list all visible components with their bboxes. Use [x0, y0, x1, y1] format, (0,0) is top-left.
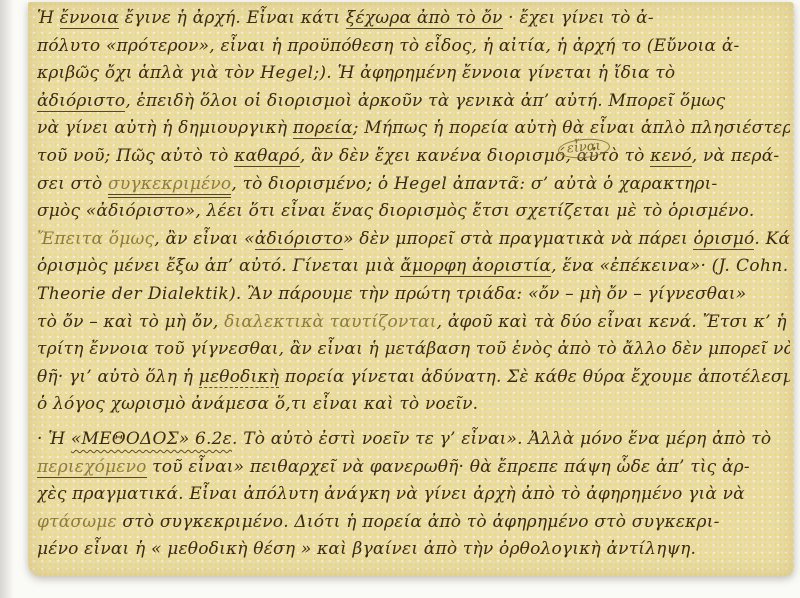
- handwritten-line: · Ἡ «ΜΕΘΟΔΟΣ» 6.2ε. Τὸ αὐτὸ ἐστὶ νοεῖν τ…: [37, 426, 790, 454]
- handwritten-line: χὲς πραγματικά. Εἶναι ἀπόλυτη ἀνάγκη νὰ …: [37, 481, 790, 509]
- text-segment: ἀδιόριστο: [255, 229, 343, 250]
- text-segment: «ΜΕΘΟΔΟΣ» 6.2ε: [71, 429, 232, 449]
- circled-annotation-text: εἶναι: [566, 139, 601, 157]
- index-card: Ἡ ἔννοια ἔγινε ἡ ἀρχή. Εἶναι κάτι ξέχωρα…: [28, 2, 794, 576]
- handwritten-line: Ἔπειτα ὅμως, ἂν εἶναι «ἀδιόριστο» δὲν μπ…: [37, 226, 790, 254]
- text-segment: καθαρό: [234, 146, 300, 167]
- text-segment: , ἀφοῦ καὶ τὰ δύο εἶναι κενά. Ἔτσι κ’ ἡ: [437, 312, 787, 332]
- text-segment: ἔννοια: [60, 8, 119, 29]
- handwritten-line: σει στὸ συγκεκριμένο, τὸ διορισμένο; ὁ H…: [37, 171, 790, 199]
- text-segment: κριβῶς ὄχι ἁπλὰ γιὰ τὸν: [37, 63, 260, 83]
- text-segment: φτάσωμε: [37, 512, 117, 532]
- text-segment: περιεχόμενο: [37, 457, 147, 478]
- text-segment: , τὸ διορισμένο; ὁ: [231, 174, 394, 194]
- note-lines: Ἡ ἔννοια ἔγινε ἡ ἀρχή. Εἶναι κάτι ξέχωρα…: [37, 5, 790, 564]
- text-segment: πόλυτο «πρότερον», εἶναι ἡ προϋπόθεση τὸ…: [37, 36, 739, 56]
- text-segment: χὲς πραγματικά. Εἶναι ἀπόλυτη ἀνάγκη νὰ …: [37, 484, 745, 504]
- handwritten-line: τρίτη ἔννοια τοῦ γίγνεσθαι, ἂν εἶναι ἡ μ…: [37, 336, 790, 364]
- scan-edge: [0, 0, 14, 598]
- handwritten-line: σμὸς «ἀδιόριστο», λέει ὅτι εἶναι ἕνας δι…: [37, 198, 790, 226]
- text-segment: σμὸς «ἀδιόριστο», λέει ὅτι εἶναι ἕνας δι…: [37, 201, 755, 221]
- text-segment: τοῦ νοῦ; Πῶς αὐτὸ τὸ: [37, 146, 234, 166]
- text-segment: ἄμορφη ἀοριστία: [400, 256, 551, 277]
- handwritten-line: νὰ γίνει αὐτὴ ἡ δημιουργικὴ πορεία; Μήπω…: [37, 115, 790, 143]
- text-segment: τρίτη ἔννοια τοῦ γίγνεσθαι, ἂν εἶναι ἡ μ…: [37, 339, 790, 359]
- text-segment: τοῦ εἶναι» πειθαρχεῖ νὰ φανερωθῆ· θὰ ἔπρ…: [147, 457, 750, 477]
- handwritten-line: κριβῶς ὄχι ἁπλὰ γιὰ τὸν Hegel;). Ἡ ἀφηρη…: [37, 60, 790, 88]
- text-segment: ἀδιόριστο: [37, 91, 125, 112]
- text-segment: Ἔπειτα ὅμως: [37, 229, 154, 249]
- text-segment: ἀπαντᾶ: σ’ αὐτὰ ὁ χαρακτηρι-: [447, 174, 717, 194]
- text-segment: Ἡ: [37, 8, 60, 28]
- text-segment: , ἐπειδὴ ὅλοι οἱ διορισμοὶ ἀρκοῦν τὰ γεν…: [125, 91, 725, 111]
- text-segment: , ἕνα «ἐπέκεινα»· (: [551, 256, 718, 276]
- text-segment: J. Cohn.: [719, 256, 789, 276]
- text-segment: διαλεκτικὰ ταυτίζονται: [224, 312, 437, 332]
- text-segment: · Ἡ: [37, 429, 71, 449]
- text-segment: τὸ ὄν – καὶ τὸ μὴ ὄν,: [37, 312, 224, 332]
- text-segment: , ἂν εἶναι «: [154, 229, 255, 249]
- handwritten-line: φτάσωμε στὸ συγκεκριμένο. Διότι ἡ πορεία…: [37, 509, 790, 537]
- text-segment: ; Μήπως ἡ πορεία αὐτὴ θὰ εἶναι ἁπλὸ πλησ…: [353, 118, 790, 138]
- text-segment: ὁρισμό: [693, 229, 754, 250]
- text-segment: ὁρισμὸς μένει ἔξω ἀπ’ αὐτό. Γίνεται μιὰ: [37, 256, 400, 276]
- text-segment: Theorie der Dialektik: [37, 284, 229, 304]
- text-segment: ;). Ἡ ἀφηρημένη ἔννοια γίνεται ἡ ἴδια τὸ: [314, 63, 676, 83]
- text-segment: , νὰ περά-: [692, 146, 780, 166]
- text-segment: νὰ γίνει αὐτὴ ἡ δημιουργικὴ: [37, 118, 293, 138]
- text-segment: » δὲν μπορεῖ στὰ πραγματικὰ νὰ πάρει: [343, 229, 693, 249]
- text-segment: ). Ἂν πάρουμε τὴν πρώτη τριάδα: «ὄν – μὴ…: [229, 284, 746, 304]
- text-segment: Hegel: [394, 174, 447, 194]
- handwritten-line: θῆ· γι’ αὐτὸ ὅλη ἡ μεθοδικὴ πορεία γίνετ…: [37, 364, 790, 392]
- handwritten-line: ὁρισμὸς μένει ἔξω ἀπ’ αὐτό. Γίνεται μιὰ …: [37, 253, 790, 281]
- text-segment: · ἔχει γίνει τὸ ἀ-: [503, 8, 654, 28]
- handwritten-line: περιεχόμενο τοῦ εἶναι» πειθαρχεῖ νὰ φανε…: [37, 454, 790, 482]
- text-segment: . Κάθε: [754, 229, 790, 249]
- handwritten-line: ἀδιόριστο, ἐπειδὴ ὅλοι οἱ διορισμοὶ ἀρκο…: [37, 88, 790, 116]
- handwritten-line: τὸ ὄν – καὶ τὸ μὴ ὄν, διαλεκτικὰ ταυτίζο…: [37, 309, 790, 337]
- handwritten-line: Theorie der Dialektik). Ἂν πάρουμε τὴν π…: [37, 281, 790, 309]
- text-segment: ξέχωρα ἀπὸ τὸ ὄν: [346, 8, 503, 29]
- text-segment: πορεία γίνεται ἀδύνατη. Σὲ κάθε θύρα ἔχο…: [279, 367, 790, 387]
- handwritten-line: Ἡ ἔννοια ἔγινε ἡ ἀρχή. Εἶναι κάτι ξέχωρα…: [37, 5, 790, 33]
- text-segment: στὸ συγκεκριμένο. Διότι ἡ πορεία ἀπὸ τὸ …: [117, 512, 720, 532]
- text-segment: συγκεκριμένο: [108, 174, 231, 198]
- handwritten-line: πόλυτο «πρότερον», εἶναι ἡ προϋπόθεση τὸ…: [37, 33, 790, 61]
- handwritten-line: ὁ λόγος χωρισμὸ ἀνάμεσα ὅ,τι εἶναι καὶ τ…: [37, 391, 790, 419]
- text-segment: Hegel: [260, 63, 313, 83]
- text-segment: κενό: [650, 146, 692, 167]
- text-segment: πορεία: [293, 118, 353, 139]
- text-segment: μένο εἶναι ἡ « μεθοδικὴ θέση » καὶ βγαίν…: [37, 539, 696, 559]
- handwritten-line: μένο εἶναι ἡ « μεθοδικὴ θέση » καὶ βγαίν…: [37, 536, 790, 564]
- text-segment: σει στὸ: [37, 174, 108, 194]
- text-segment: ἔγινε ἡ ἀρχή. Εἶναι κάτι: [119, 8, 346, 28]
- text-segment: μεθοδικὴ: [199, 367, 279, 388]
- handwritten-line: τοῦ νοῦ; Πῶς αὐτὸ τὸ καθαρό, ἂν δὲν ἔχει…: [37, 143, 790, 171]
- text-segment: ὁ λόγος χωρισμὸ ἀνάμεσα ὅ,τι εἶναι καὶ τ…: [37, 394, 478, 414]
- text-segment: θῆ· γι’ αὐτὸ ὅλη ἡ: [37, 367, 199, 387]
- text-segment: . Τὸ αὐτὸ ἐστὶ νοεῖν τε γ’ εἶναι». Ἀλλὰ …: [232, 429, 771, 449]
